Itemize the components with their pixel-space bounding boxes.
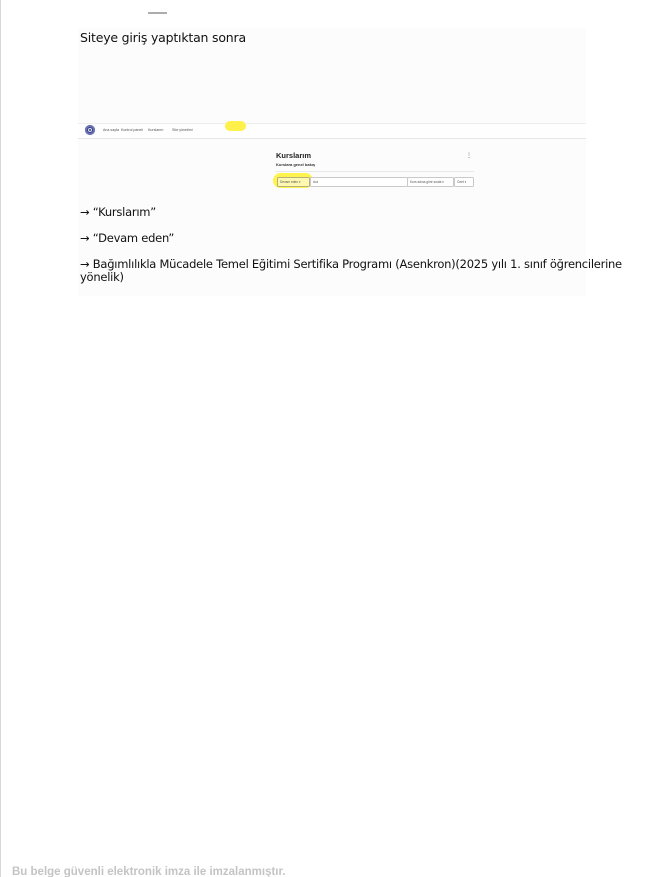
step-2: → “Devam eden”	[80, 231, 174, 245]
step-1: → “Kurslarım”	[80, 205, 156, 219]
nav-item-ana-sayfa[interactable]: Ana sayfa	[103, 127, 119, 133]
site-logo-icon[interactable]	[85, 125, 95, 135]
step-3: → Bağımlılıkla Mücadele Temel Eğitimi Se…	[80, 257, 622, 271]
page-border	[0, 0, 1, 877]
nav-item-site-yonetimi[interactable]: Site yönetimi	[172, 127, 193, 133]
sort-dropdown[interactable]: Kurs adına göre sırala ▾	[407, 177, 454, 187]
kebab-menu-icon[interactable]: ⋮	[466, 152, 472, 159]
screenshot-navbar: Ana sayfa Kontrol paneli Kurslarım Site …	[78, 123, 586, 139]
highlight-marker	[225, 121, 246, 131]
intro-text: Siteye giriş yaptıktan sonra	[80, 30, 246, 45]
signature-footer: Bu belge güvenli elektronik imza ile imz…	[12, 866, 286, 877]
nav-item-kurslarim[interactable]: Kurslarım	[148, 127, 163, 133]
status-filter-dropdown[interactable]: Devam eden ▾	[277, 177, 310, 187]
section-title: Kurslara genel bakış	[276, 162, 315, 167]
divider	[276, 171, 474, 172]
view-dropdown[interactable]: Özet ▾	[454, 177, 474, 187]
active-nav-underline	[148, 12, 167, 14]
page-title: Kurslarım	[276, 151, 311, 160]
content-block	[78, 28, 586, 296]
search-input[interactable]: Ara	[310, 177, 408, 187]
nav-item-kontrol-paneli[interactable]: Kontrol paneli	[121, 127, 143, 133]
step-3-continued: yönelik)	[80, 270, 124, 284]
